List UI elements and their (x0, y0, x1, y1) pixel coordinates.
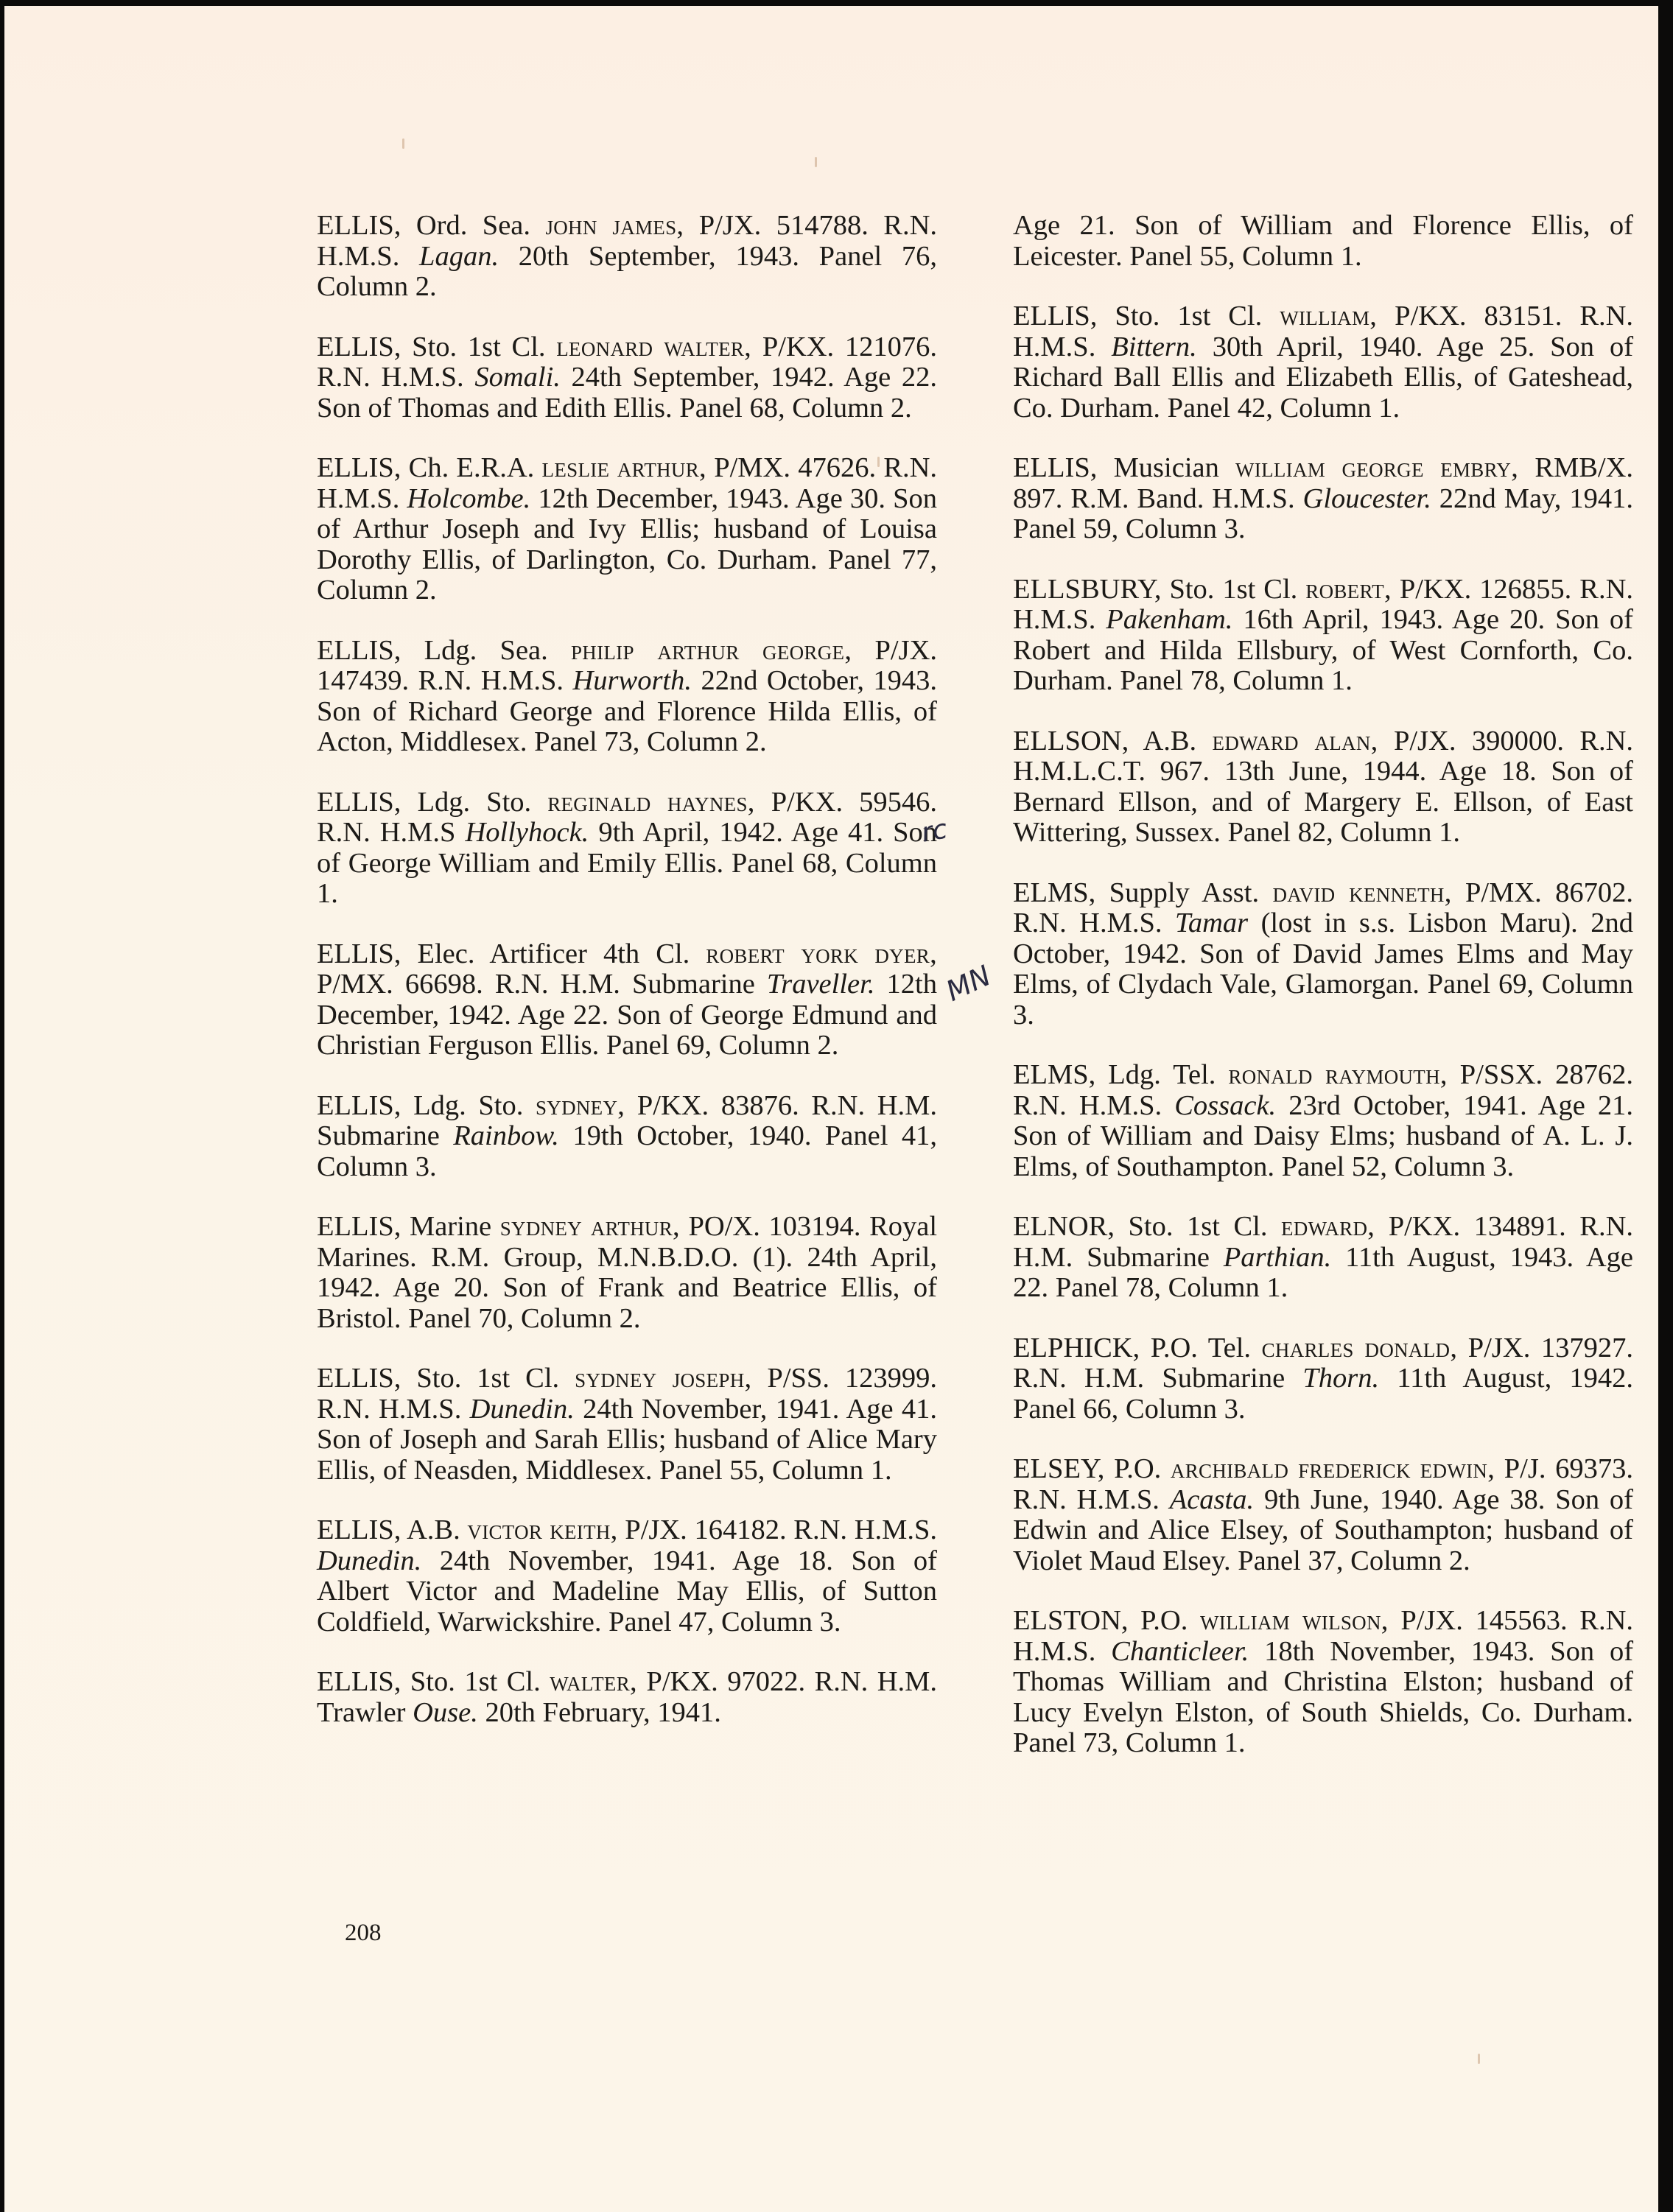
entry-surname: ELLIS, (317, 1666, 401, 1697)
entry-service-number: P/JX. 390000. (1394, 726, 1564, 756)
register-entry: ELLIS, Ch. E.R.A. LESLIE ARTHUR, P/MX. 4… (317, 453, 937, 606)
register-entry: ELMS, Ldg. Tel. RONALD RAYMOUTH, P/SSX. … (1013, 1060, 1633, 1182)
entry-service-number: P/KX. 126855. (1400, 574, 1571, 605)
paper-speck (877, 457, 880, 467)
entry-ship-name: Lagan. (419, 241, 499, 272)
entry-ship-name: Hurworth. (572, 665, 692, 696)
entry-ship-name: Acasta. (1170, 1484, 1254, 1515)
entry-unit: R.N. H.M.S. (317, 1394, 461, 1425)
register-entry: ELPHICK, P.O. Tel. CHARLES DONALD, P/JX.… (1013, 1333, 1633, 1425)
entry-rank: Sto. 1st Cl. (1115, 301, 1262, 331)
left-column: ELLIS, Ord. Sea. JOHN JAMES, P/JX. 51478… (317, 211, 937, 1758)
register-entry: ELLSON, A.B. EDWARD ALAN, P/JX. 390000. … (1013, 726, 1633, 849)
entry-forenames: WALTER, (550, 1666, 637, 1697)
entry-surname: ELLIS, (317, 1514, 401, 1545)
entry-service-number: P/JX. 164182. (625, 1514, 786, 1545)
entry-rank: Ldg. Sto. (413, 1090, 523, 1121)
entry-service-number: P/KX. 121076. (762, 331, 937, 362)
entry-ship-name: Chanticleer. (1111, 1636, 1249, 1667)
entry-forenames: WILLIAM WILSON, (1200, 1605, 1389, 1636)
entry-forenames: EDWARD ALAN, (1213, 726, 1378, 756)
entry-service-number: P/SSX. 28762. (1460, 1059, 1633, 1090)
entry-service-number: P/KX. 59546. (771, 787, 937, 818)
entry-surname: ELMS, (1013, 877, 1095, 908)
register-entry: ELLIS, Sto. 1st Cl. WILLIAM, P/KX. 83151… (1013, 301, 1633, 424)
entry-surname: ELLIS, (317, 452, 401, 483)
entry-forenames: WILLIAM, (1280, 301, 1377, 331)
entry-surname: ELSEY, (1013, 1453, 1104, 1484)
entry-unit: R.N. H.M.S. (1013, 1484, 1160, 1515)
entry-rank: Ch. E.R.A. (409, 452, 535, 483)
entry-rank: Supply Asst. (1109, 877, 1259, 908)
entry-rank: Elec. Artificer 4th Cl. (417, 938, 690, 969)
register-entry: ELSEY, P.O. ARCHIBALD FREDERICK EDWIN, P… (1013, 1454, 1633, 1576)
entry-details: 20th February, 1941. (485, 1697, 720, 1728)
page-number: 208 (345, 1920, 382, 1947)
register-entry: ELSTON, P.O. WILLIAM WILSON, P/JX. 14556… (1013, 1606, 1633, 1759)
register-entry: ELLIS, Sto. 1st Cl. WALTER, P/KX. 97022.… (317, 1667, 937, 1728)
register-entry: ELLIS, Ord. Sea. JOHN JAMES, P/JX. 51478… (317, 211, 937, 303)
register-entry: ELLSBURY, Sto. 1st Cl. ROBERT, P/KX. 126… (1013, 575, 1633, 697)
entry-surname: ELLIS, (317, 210, 401, 241)
register-entry: ELLIS, Marine SYDNEY ARTHUR, PO/X. 10319… (317, 1212, 937, 1334)
entry-service-number: P/JX. 514788. (699, 210, 869, 241)
entry-rank: Musician (1114, 452, 1219, 483)
entry-surname: ELLIS, (317, 635, 401, 666)
entry-rank: Ord. Sea. (416, 210, 530, 241)
entry-surname: ELSTON, (1013, 1605, 1129, 1636)
register-entry: ELLIS, Ldg. Sea. PHILIP ARTHUR GEORGE, P… (317, 636, 937, 758)
entry-ship-name: Ouse. (413, 1697, 478, 1728)
paper-speck (1478, 2054, 1480, 2064)
entry-ship-name: Gloucester. (1303, 483, 1431, 514)
entry-ship-name: Bittern. (1111, 331, 1197, 362)
entry-surname: ELLSBURY, (1013, 574, 1161, 605)
entry-ship-name: Thorn. (1302, 1363, 1379, 1394)
entry-unit: R.M. Band. H.M.S. (1070, 483, 1294, 514)
entry-ship-name: Dunedin. (470, 1394, 575, 1425)
entry-surname: ELLIS, (317, 331, 401, 362)
entry-forenames: ARCHIBALD FREDERICK EDWIN, (1171, 1453, 1495, 1484)
entry-surname: ELPHICK, (1013, 1333, 1140, 1363)
register-entry: ELLIS, Ldg. Sto. SYDNEY, P/KX. 83876. R.… (317, 1091, 937, 1183)
entry-rank: A.B. (407, 1514, 460, 1545)
entry-unit: R.N. H.M.S. (1013, 1090, 1162, 1121)
entry-rank: Ldg. Tel. (1108, 1059, 1216, 1090)
register-entry: ELLIS, Ldg. Sto. REGINALD HAYNES, P/KX. … (317, 787, 937, 910)
entry-unit: R.N. H.M.S. (793, 1514, 937, 1545)
register-entry: ELLIS, A.B. VICTOR KEITH, P/JX. 164182. … (317, 1515, 937, 1637)
entry-service-number: P/KX. 134891. (1389, 1211, 1566, 1242)
entry-service-number: P/MX. 47626. (714, 452, 876, 483)
entry-forenames: SYDNEY, (536, 1090, 625, 1121)
register-entry: ELLIS, Musician WILLIAM GEORGE EMBRY, RM… (1013, 453, 1633, 545)
entry-rank: P.O. (1114, 1453, 1161, 1484)
entry-service-number: P/KX. 83151. (1395, 301, 1562, 331)
continued-entry-text: Age 21. Son of William and Florence Elli… (1013, 211, 1633, 272)
paper-speck (402, 138, 404, 149)
entry-ship-name: Hollyhock. (465, 817, 589, 848)
entry-unit: R.N. H.M. Submarine (495, 969, 755, 1000)
entry-forenames: DAVID KENNETH, (1272, 877, 1451, 908)
entry-rank: Sto. 1st Cl. (1169, 574, 1297, 605)
entry-rank: P.O. Tel. (1151, 1333, 1251, 1363)
entry-ship-name: Traveller. (767, 969, 875, 1000)
handwritten-annotation-mn: MN (941, 959, 996, 1008)
entry-service-number: P/JX. 145563. (1400, 1605, 1567, 1636)
paper-speck (815, 157, 817, 167)
entry-forenames: WILLIAM GEORGE EMBRY, (1235, 452, 1518, 483)
entry-forenames: LEONARD WALTER, (556, 331, 751, 362)
entry-surname: ELLSON, (1013, 726, 1129, 756)
entry-unit: R.N. H.M.S. (317, 362, 464, 393)
entry-forenames: ROBERT, (1305, 574, 1392, 605)
entry-forenames: LESLIE ARTHUR, (542, 452, 706, 483)
register-entry: ELNOR, Sto. 1st Cl. EDWARD, P/KX. 134891… (1013, 1212, 1633, 1304)
entry-rank: Sto. 1st Cl. (416, 1363, 559, 1394)
entry-service-number: P/KX. 97022. (646, 1666, 805, 1697)
document-page: ELLIS, Ord. Sea. JOHN JAMES, P/JX. 51478… (4, 6, 1658, 2212)
entry-surname: ELLIS, (317, 1090, 401, 1121)
entry-forenames: ROBERT YORK DYER, (706, 938, 937, 969)
entry-forenames: JOHN JAMES, (545, 210, 684, 241)
entry-ship-name: Tamar (1175, 907, 1248, 938)
entry-unit: R.N. H.M.S (317, 817, 455, 848)
entry-ship-name: Rainbow. (453, 1120, 559, 1151)
entry-rank: Sto. 1st Cl. (1128, 1211, 1267, 1242)
entry-forenames: SYDNEY ARTHUR, (500, 1211, 680, 1242)
entry-surname: ELLIS, (317, 1211, 401, 1242)
entry-service-number: PO/X. 103194. (689, 1211, 861, 1242)
handwritten-annotation-rc: rc (919, 814, 950, 848)
entry-service-number: P/MX. 66698. (317, 969, 483, 1000)
entry-ship-name: Cossack. (1174, 1090, 1276, 1121)
entry-surname: ELLIS, (317, 938, 401, 969)
entry-forenames: CHARLES DONALD, (1262, 1333, 1458, 1363)
entry-forenames: SYDNEY JOSEPH, (575, 1363, 751, 1394)
entry-surname: ELLIS, (1013, 452, 1097, 483)
right-column: Age 21. Son of William and Florence Elli… (1013, 211, 1633, 1788)
entry-forenames: VICTOR KEITH, (467, 1514, 617, 1545)
entry-ship-name: Somali. (474, 362, 561, 393)
entry-surname: ELMS, (1013, 1059, 1095, 1090)
entry-service-number: P/JX. 137927. (1468, 1333, 1633, 1363)
entry-rank: A.B. (1143, 726, 1196, 756)
entry-forenames: PHILIP ARTHUR GEORGE, (571, 635, 852, 666)
entry-surname: ELLIS, (317, 787, 401, 818)
entry-rank: Sto. 1st Cl. (410, 1666, 541, 1697)
entry-service-number: P/KX. 83876. (637, 1090, 799, 1121)
entry-ship-name: Pakenham. (1106, 604, 1232, 635)
entry-details: 18th November, 1943. Son of Thomas Willi… (1013, 1636, 1633, 1759)
entry-details: 20th September, 1943. Panel 76, Column 2… (317, 241, 937, 303)
entry-forenames: RONALD RAYMOUTH, (1228, 1059, 1447, 1090)
register-entry: ELLIS, Elec. Artificer 4th Cl. ROBERT YO… (317, 939, 937, 1061)
entry-ship-name: Dunedin. (317, 1545, 421, 1576)
entry-rank: Ldg. Sea. (424, 635, 548, 666)
entry-rank: Sto. 1st Cl. (412, 331, 545, 362)
entry-ship-name: Parthian. (1224, 1242, 1332, 1273)
entry-unit: R.N. H.M.S. (418, 665, 564, 696)
entry-surname: ELLIS, (317, 1363, 401, 1394)
entry-rank: P.O. (1140, 1605, 1188, 1636)
entry-service-number: P/J. 69373. (1504, 1453, 1633, 1484)
entry-rank: Ldg. Sto. (417, 787, 531, 818)
entry-unit: R.N. H.M.S. (1013, 907, 1162, 938)
entry-ship-name: Holcombe. (407, 483, 530, 514)
entry-forenames: EDWARD, (1281, 1211, 1375, 1242)
entry-service-number: P/MX. 86702. (1465, 877, 1633, 908)
register-entry: ELLIS, Sto. 1st Cl. SYDNEY JOSEPH, P/SS.… (317, 1363, 937, 1486)
entry-surname: ELNOR, (1013, 1211, 1115, 1242)
entry-unit: R.N. H.M. Submarine (1013, 1363, 1285, 1394)
register-entry: ELMS, Supply Asst. DAVID KENNETH, P/MX. … (1013, 878, 1633, 1031)
entry-details: 30th April, 1940. Age 25. Son of Richard… (1013, 331, 1633, 424)
register-entry: ELLIS, Sto. 1st Cl. LEONARD WALTER, P/KX… (317, 332, 937, 424)
entry-service-number: P/SS. 123999. (767, 1363, 937, 1394)
entry-surname: ELLIS, (1013, 301, 1097, 331)
entry-forenames: REGINALD HAYNES, (547, 787, 754, 818)
entry-rank: Marine (410, 1211, 491, 1242)
